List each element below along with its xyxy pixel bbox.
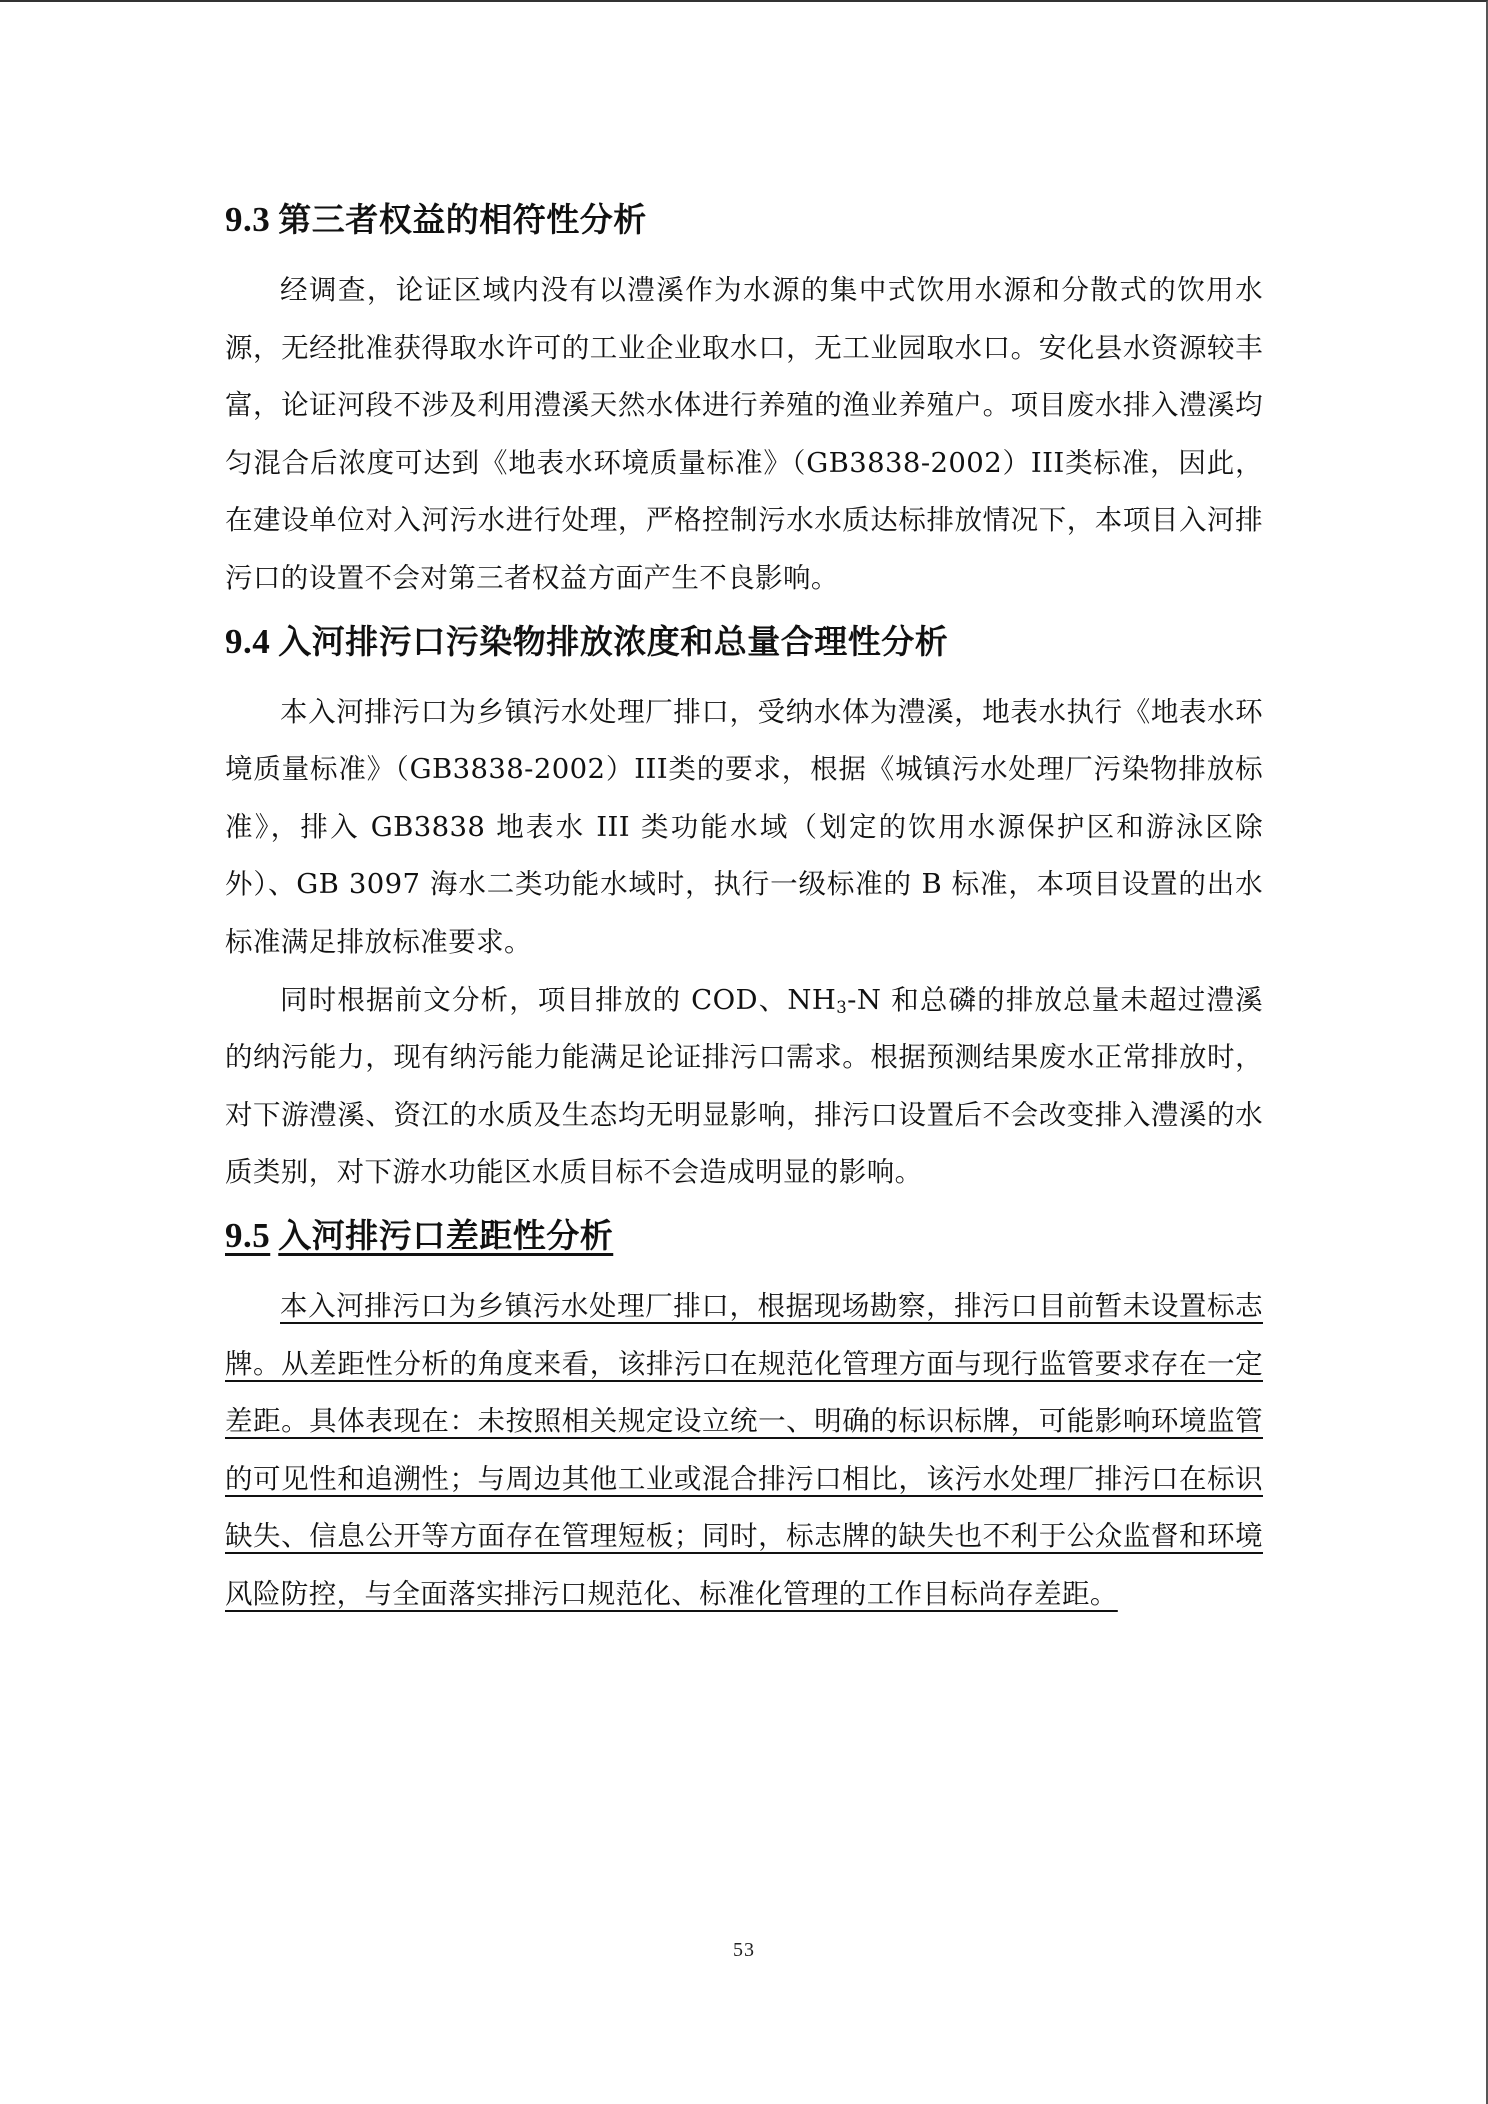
document-page: 9.3第三者权益的相符性分析 经调查，论证区域内没有以澧溪作为水源的集中式饮用水…	[0, 0, 1488, 2104]
subscript: 3	[836, 998, 847, 1017]
section-heading-9-5: 9.5入河排污口差距性分析	[225, 1208, 1263, 1264]
page-number: 53	[0, 1939, 1488, 1962]
section-9-4-paragraph-1: 本入河排污口为乡镇污水处理厂排口，受纳水体为澧溪，地表水执行《地表水环境质量标准…	[225, 684, 1263, 972]
section-heading-9-3: 9.3第三者权益的相符性分析	[225, 192, 1263, 248]
section-number: 9.3	[225, 200, 270, 239]
section-number: 9.5	[225, 1216, 270, 1255]
section-9-3-paragraph: 经调查，论证区域内没有以澧溪作为水源的集中式饮用水源和分散式的饮用水源，无经批准…	[225, 262, 1263, 608]
section-title: 第三者权益的相符性分析	[278, 200, 647, 239]
section-9-5-paragraph: 本入河排污口为乡镇污水处理厂排口，根据现场勘察，排污口目前暂未设置标志牌。从差距…	[225, 1278, 1263, 1624]
paragraph-text: 同时根据前文分析，项目排放的 COD、NH	[280, 984, 836, 1016]
section-9-4-paragraph-2: 同时根据前文分析，项目排放的 COD、NH3-N 和总磷的排放总量未超过澧溪的纳…	[225, 972, 1263, 1202]
section-title: 入河排污口污染物排放浓度和总量合理性分析	[278, 622, 948, 661]
section-title: 入河排污口差距性分析	[278, 1216, 613, 1255]
page-content: 9.3第三者权益的相符性分析 经调查，论证区域内没有以澧溪作为水源的集中式饮用水…	[225, 192, 1263, 1623]
section-number: 9.4	[225, 622, 270, 661]
section-heading-9-4: 9.4入河排污口污染物排放浓度和总量合理性分析	[225, 614, 1263, 670]
